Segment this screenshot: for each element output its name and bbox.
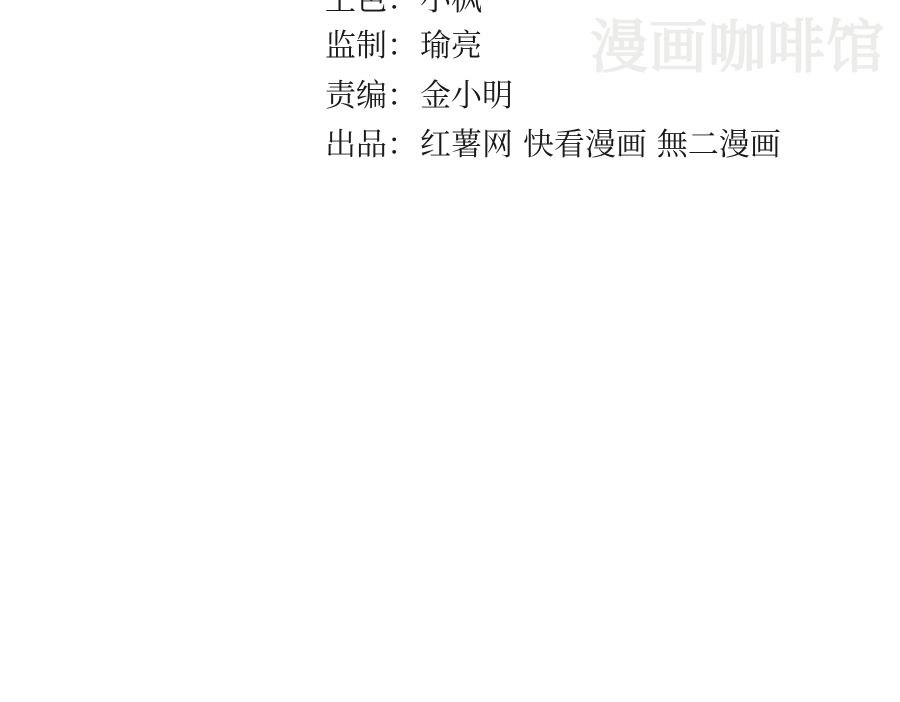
credit-label: 责编 <box>325 78 387 114</box>
credit-label: 上色 <box>325 0 387 18</box>
credit-line-publisher: 出品：红薯网 快看漫画 無二漫画 <box>325 127 781 163</box>
credit-value: 小枫 <box>420 0 482 18</box>
credit-line-editor: 责编：金小明 <box>325 78 513 114</box>
credit-separator: ： <box>387 127 418 163</box>
credit-label: 出品 <box>325 127 387 163</box>
credit-value: 瑜亮 <box>420 28 482 64</box>
credit-label: 监制 <box>325 28 387 64</box>
credit-value: 金小明 <box>420 78 513 114</box>
credit-line-coloring: 上色：小枫 <box>325 0 482 18</box>
credit-separator: ： <box>387 28 418 64</box>
credit-separator: ： <box>387 0 418 18</box>
credit-line-supervisor: 监制：瑜亮 <box>325 28 482 64</box>
credit-separator: ： <box>387 78 418 114</box>
credit-value: 红薯网 快看漫画 無二漫画 <box>420 127 781 163</box>
credits-page: 漫画咖啡馆 上色：小枫 监制：瑜亮 责编：金小明 出品：红薯网 快看漫画 無二漫… <box>0 0 900 702</box>
watermark-text: 漫画咖啡馆 <box>590 14 885 80</box>
